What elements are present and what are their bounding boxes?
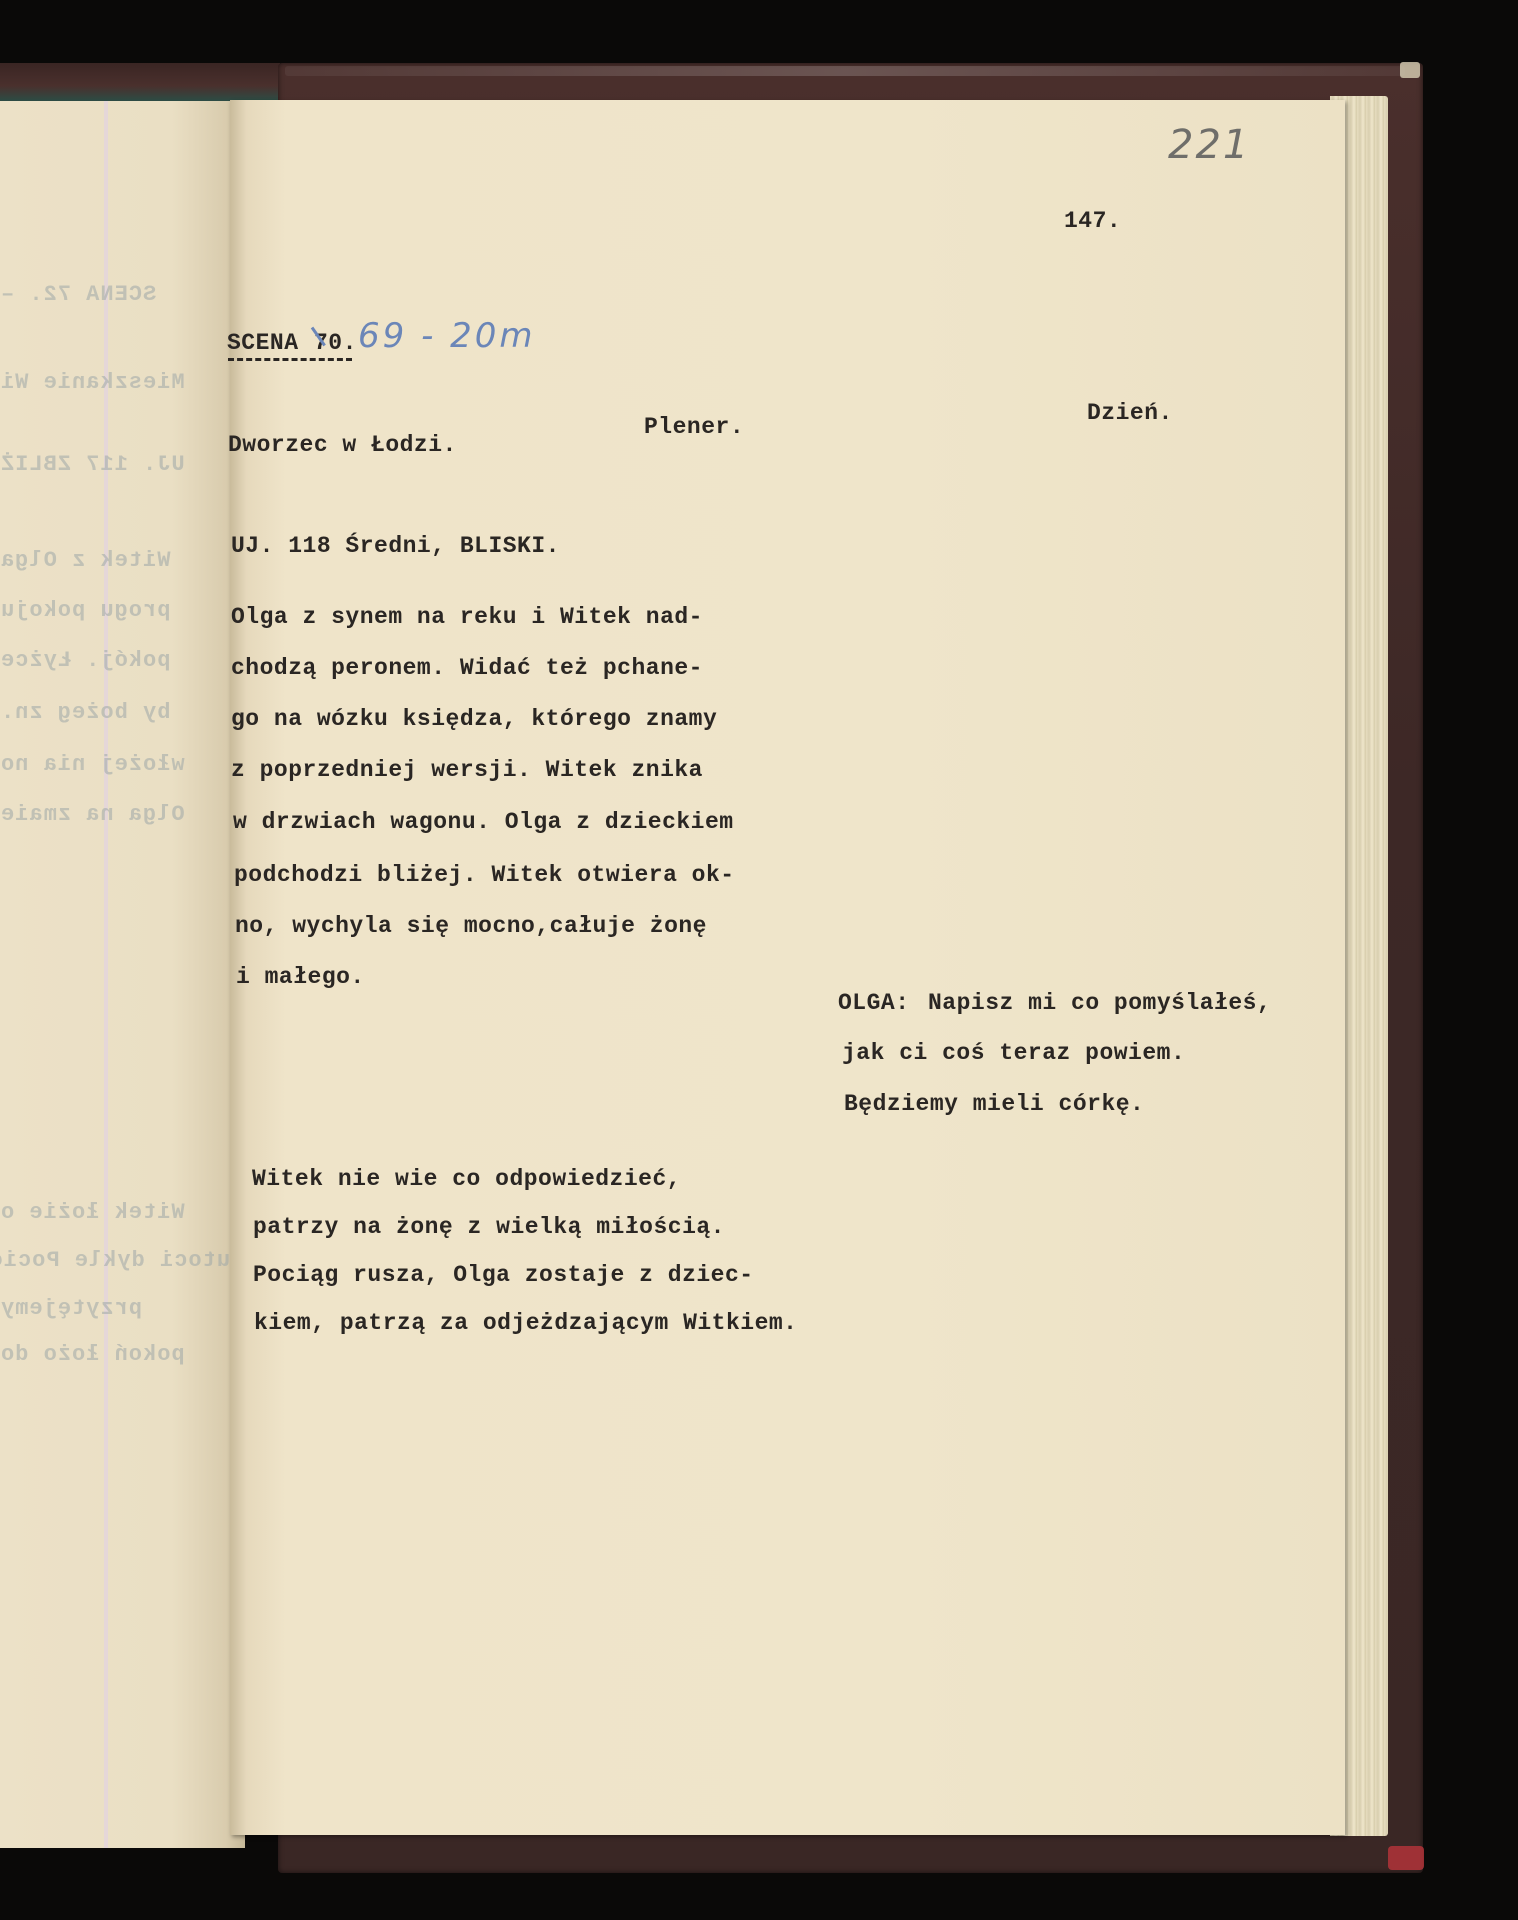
- bleed-text-line: utoci dykle Pocie: [0, 1248, 230, 1273]
- left-page: [0, 101, 245, 1848]
- bleed-text-line: pokój. Łyżce: [0, 648, 230, 673]
- action-line: no, wychyla się mocno,całuje żonę: [235, 913, 707, 939]
- scene-handwritten-correction: 69 - 20m: [358, 316, 536, 356]
- bleed-text-line: by bożeg zn.: [0, 700, 230, 725]
- action-line: i małego.: [236, 964, 365, 990]
- action-line: w drzwiach wagonu. Olga z dzieckiem: [233, 809, 734, 835]
- archive-page-number: 221: [1168, 122, 1250, 168]
- shot-description: UJ. 118 Średni, BLISKI.: [231, 533, 560, 559]
- bleed-text-line: Olga na zmaie: [0, 802, 230, 827]
- dialogue-line: Napisz mi co pomyślałeś,: [928, 990, 1271, 1016]
- bleed-text-line: przytęjemy: [0, 1296, 230, 1321]
- cover-corner-top: [1400, 62, 1420, 78]
- left-page-crease: [104, 101, 108, 1848]
- dialogue-line: Będziemy mieli córkę.: [844, 1091, 1144, 1117]
- setting-heading: Plener.: [644, 414, 744, 440]
- action-line: podchodzi bliżej. Witek otwiera ok-: [234, 862, 735, 888]
- cover-corner-red-mark: [1388, 1846, 1424, 1870]
- action-line: Olga z synem na reku i Witek nad-: [231, 604, 703, 630]
- bleed-text-line: Witek z Olga: [0, 548, 230, 573]
- action-line: kiem, patrzą za odjeżdzającym Witkiem.: [254, 1310, 798, 1336]
- time-of-day-heading: Dzień.: [1087, 400, 1173, 426]
- bleed-text-line: UJ. 117 ZBLIŻ: [0, 452, 230, 477]
- bleed-text-line: pokoń łożo do: [0, 1342, 230, 1367]
- right-page: [230, 100, 1345, 1835]
- action-line: z poprzedniej wersji. Witek znika: [231, 757, 703, 783]
- bleed-text-line: Mieszkanie Wi: [0, 370, 230, 395]
- action-line: go na wózku księdza, którego znamy: [231, 706, 717, 732]
- bleed-text-line: SCENA 72. –: [0, 282, 230, 307]
- bleed-text-line: Witek łożie o: [0, 1200, 230, 1225]
- action-line: patrzy na żonę z wielką miłością.: [253, 1214, 725, 1240]
- action-line: Pociąg rusza, Olga zostaje z dziec-: [253, 1262, 754, 1288]
- page-number: 147.: [1064, 208, 1121, 234]
- scene-underline: [228, 358, 352, 361]
- bleed-text-line: progu pokoju: [0, 598, 230, 623]
- cover-gloss: [285, 66, 1405, 76]
- dialogue-speaker: OLGA:: [838, 990, 910, 1016]
- bleed-text-line: włożej nia no: [0, 752, 230, 777]
- dialogue-line: jak ci coś teraz powiem.: [842, 1040, 1185, 1066]
- action-line: Witek nie wie co odpowiedzieć,: [252, 1166, 681, 1192]
- left-cover-edge: [0, 63, 280, 101]
- location-heading: Dworzec w Łodzi.: [228, 432, 457, 458]
- scene-label: SCENA: [227, 330, 299, 356]
- action-line: chodzą peronem. Widać też pchane-: [231, 655, 703, 681]
